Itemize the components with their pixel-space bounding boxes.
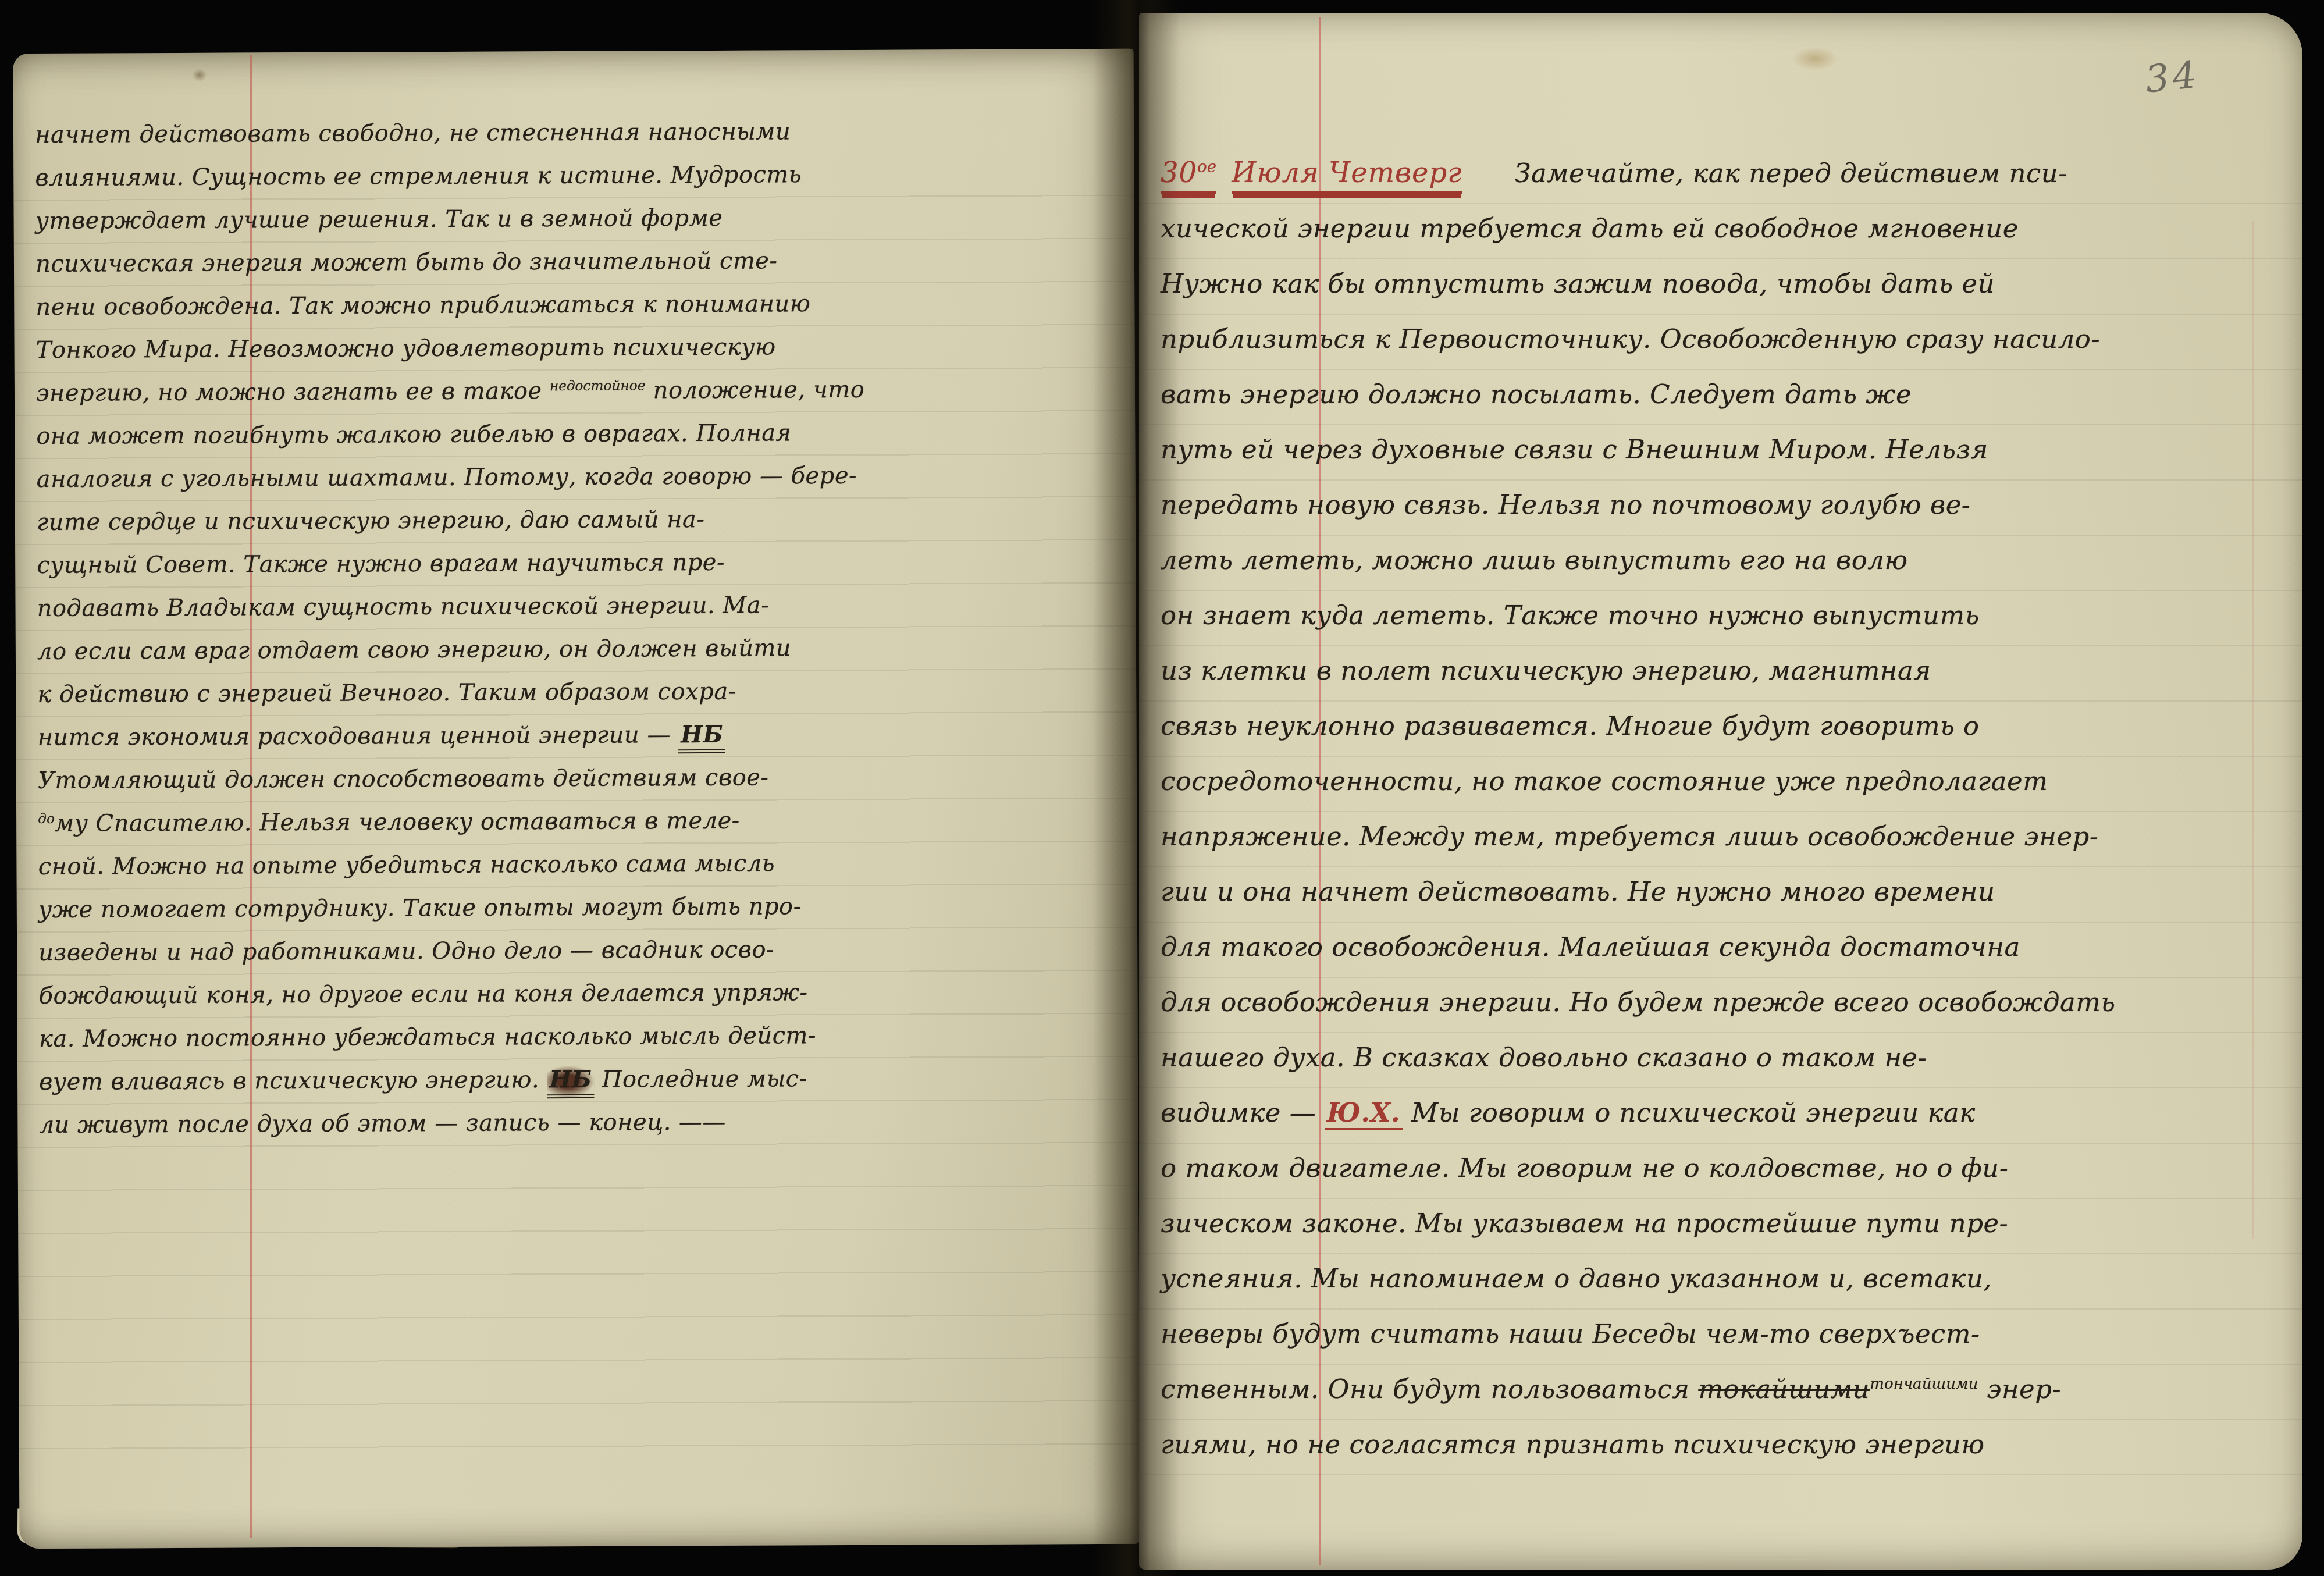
line-text: видимке — <box>1161 1097 1325 1128</box>
handwriting-line: пени освобождена. Так можно приближаться… <box>35 281 1138 329</box>
paper-stain <box>1792 47 1838 71</box>
nota-bene-mark: НБ <box>678 721 725 753</box>
handwriting-line: Нужно как бы отпустить зажим повода, что… <box>1161 256 2275 311</box>
handwriting-line: ственным. Они будут пользоваться токайши… <box>1161 1361 2275 1417</box>
handwriting-line: Тонкого Мира. Невозможно удовлетворить п… <box>36 324 1138 372</box>
handwriting-line: передать новую связь. Нельзя по почтовом… <box>1161 477 2275 532</box>
paper-stain <box>192 69 207 81</box>
handwriting-line: видимке — Ю.Х. Мы говорим о психической … <box>1161 1085 2275 1140</box>
left-page-text: начнет действовать свободно, не стесненн… <box>35 109 1142 1147</box>
inline-correction: недостойное <box>550 378 646 394</box>
handwriting-line: гиями, но не согласятся признать психиче… <box>1161 1417 2275 1472</box>
handwriting-line: неверы будут считать наши Беседы чем-то … <box>1161 1306 2275 1361</box>
date-day: 30ое <box>1161 156 1216 194</box>
struck-word: токайшими <box>1698 1374 1870 1404</box>
handwriting-line: Утомляющий должен способствовать действи… <box>38 755 1140 802</box>
handwriting-line: для такого освобождения. Малейшая секунд… <box>1161 919 2275 974</box>
handwriting-line: к действию с энергией Вечного. Таким обр… <box>37 668 1140 716</box>
date-day-number: 30 <box>1161 156 1197 189</box>
handwriting-line: ли живут после духа об этом — запись — к… <box>39 1099 1141 1147</box>
handwriting-line: нится экономия расходования ценной энерг… <box>38 711 1140 759</box>
date-day-suffix: ое <box>1197 157 1216 176</box>
handwriting-line: влияниями. Сущность ее стремления к исти… <box>35 152 1137 200</box>
line-text: Мы говорим о психической энергии как <box>1403 1097 1975 1128</box>
handwriting-line: дому Спасителю. Нельзя человеку оставать… <box>38 798 1140 845</box>
handwriting-line: 30оеИюля ЧетвергЗамечайте, как перед дей… <box>1161 145 2275 201</box>
handwriting-line: гите сердце и психическую энергию, даю с… <box>37 496 1139 544</box>
right-page-text: 30оеИюля ЧетвергЗамечайте, как перед дей… <box>1161 145 2275 1472</box>
inline-correction: тончайшими <box>1870 1375 1978 1393</box>
line-text: Замечайте, как перед действием пси- <box>1514 158 2067 188</box>
line-text: положение, что <box>645 376 864 404</box>
handwriting-line: сной. Можно на опыте убедиться насколько… <box>38 841 1140 888</box>
handwriting-line: утверждает лучшие решения. Так и в земно… <box>35 195 1138 243</box>
inline-correction: до <box>38 810 55 826</box>
handwriting-line: из клетки в полет психическую энергию, м… <box>1161 643 2275 698</box>
handwriting-line: сосредоточенности, но такое состояние уж… <box>1161 753 2275 809</box>
handwriting-line: напряжение. Между тем, требуется лишь ос… <box>1161 809 2275 864</box>
handwriting-line: она может погибнуть жалкою гибелью в овр… <box>36 410 1138 458</box>
handwriting-line: ло если сам враг отдает свою энергию, он… <box>37 625 1140 673</box>
handwriting-line: аналогия с угольными шахтами. Потому, ко… <box>37 453 1139 501</box>
red-annotation: Ю.Х. <box>1325 1097 1403 1130</box>
handwriting-line: леть лететь, можно лишь выпустить его на… <box>1161 532 2275 588</box>
handwriting-line: успеяния. Мы напоминаем о давно указанно… <box>1161 1251 2275 1306</box>
line-text: му Спасителю. Нельзя человеку оставаться… <box>55 807 740 837</box>
line-text: Последние мыс- <box>594 1065 807 1093</box>
line-text: энергию, но можно загнать ее в такое <box>36 378 550 407</box>
handwriting-line: путь ей через духовные связи с Внешним М… <box>1161 422 2275 477</box>
notebook-spread: 34 начнет действовать свободно, не стесн… <box>0 0 2324 1576</box>
handwriting-line: нашего духа. В сказках довольно сказано … <box>1161 1030 2275 1085</box>
handwriting-line: энергию, но можно загнать ее в такое нед… <box>36 367 1138 415</box>
handwriting-line: начнет действовать свободно, не стесненн… <box>35 109 1137 156</box>
handwriting-line: вать энергию должно посылать. Следует да… <box>1161 367 2275 422</box>
date-heading: 30оеИюля Четверг <box>1161 156 1477 189</box>
handwriting-line: подавать Владыкам сущность психической э… <box>37 582 1140 630</box>
handwriting-line: гии и она начнет действовать. Не нужно м… <box>1161 864 2275 919</box>
line-text: энер- <box>1978 1374 2061 1404</box>
handwriting-line: для освобождения энергии. Но будем прежд… <box>1161 974 2275 1030</box>
handwriting-line: бождающий коня, но другое если на коня д… <box>38 970 1141 1018</box>
handwriting-line: хической энергии требуется дать ей свобо… <box>1161 201 2275 256</box>
handwriting-line: он знает куда лететь. Также точно нужно … <box>1161 588 2275 643</box>
handwriting-line: связь неуклонно развивается. Многие буду… <box>1161 698 2275 753</box>
handwriting-line: уже помогает сотруднику. Такие опыты мог… <box>38 884 1141 931</box>
date-month-weekday: Июля Четверг <box>1232 156 1462 194</box>
page-number: 34 <box>2143 53 2202 101</box>
handwriting-line: изведены и над работниками. Одно дело — … <box>38 927 1141 974</box>
handwriting-line: о таком двигателе. Мы говорим не о колдо… <box>1161 1140 2275 1196</box>
line-text: ственным. Они будут пользоваться <box>1161 1374 1698 1404</box>
nota-bene-mark: НБ <box>547 1066 594 1098</box>
handwriting-line: зическом законе. Мы указываем на простей… <box>1161 1196 2275 1251</box>
handwriting-line: ка. Можно постоянно убеждаться насколько… <box>39 1013 1141 1061</box>
handwriting-line: приблизиться к Первоисточнику. Освобожде… <box>1161 311 2275 367</box>
handwriting-line: психическая энергия может быть до значит… <box>35 238 1138 286</box>
handwriting-line: вует вливаясь в психическую энергию. НБ … <box>39 1056 1141 1104</box>
line-text: вует вливаясь в психическую энергию. <box>39 1066 547 1095</box>
handwriting-line: сущный Совет. Также нужно врагам научить… <box>37 539 1139 587</box>
line-text: нится экономия расходования ценной энерг… <box>38 721 679 751</box>
